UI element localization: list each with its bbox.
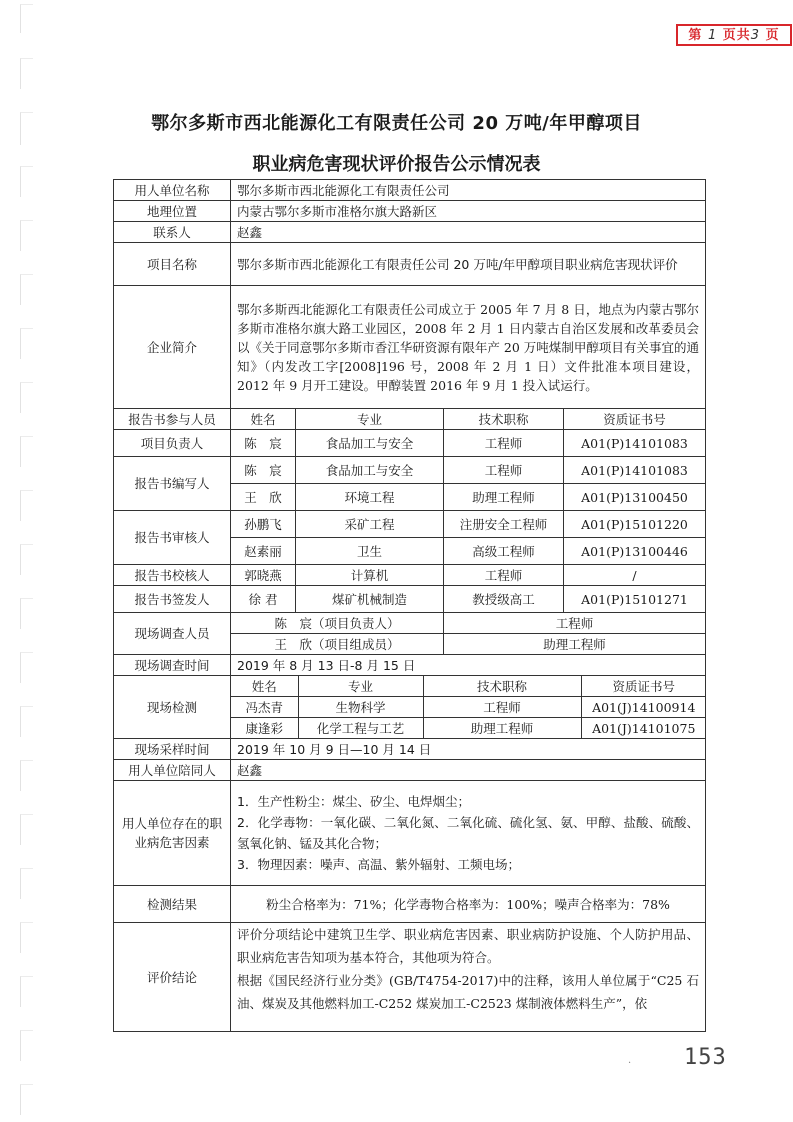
person-name: 王 欣 xyxy=(231,484,296,511)
person-name: 陈 宸 xyxy=(231,430,296,457)
table-row: 报告书签发人 徐 君 煤矿机械制造 教授级高工 A01(P)15101271 xyxy=(114,586,706,613)
person-cert: A01(P)15101220 xyxy=(564,511,706,538)
person-cert: A01(P)14101083 xyxy=(564,430,706,457)
staff-header-title: 技术职称 xyxy=(444,409,564,430)
stamp-total: 3 xyxy=(751,28,760,43)
person-major: 食品加工与安全 xyxy=(296,457,444,484)
person-title: 注册安全工程师 xyxy=(444,511,564,538)
person-major: 计算机 xyxy=(296,565,444,586)
contact-label: 联系人 xyxy=(114,222,231,243)
detection-table: 姓名 专业 技术职称 资质证书号 冯杰青 生物科学 工程师 A01(J)1410… xyxy=(231,676,706,738)
person-title: 工程师 xyxy=(444,430,564,457)
binder-mark xyxy=(20,976,33,1007)
stamp-prefix: 第 xyxy=(688,28,702,43)
table-row: 报告书校核人 郭晓燕 计算机 工程师 / xyxy=(114,565,706,586)
page-number: 153 xyxy=(684,1045,727,1070)
person-major: 生物科学 xyxy=(298,697,423,718)
table-row: 报告书审核人 孙鹏飞 采矿工程 注册安全工程师 A01(P)15101220 xyxy=(114,511,706,538)
binder-mark xyxy=(20,868,33,899)
location-value: 内蒙古鄂尔多斯市准格尔旗大路新区 xyxy=(231,201,706,222)
person-name: 郭晓燕 xyxy=(231,565,296,586)
person-cert: A01(J)14101075 xyxy=(581,718,706,739)
person-title: 助理工程师 xyxy=(444,484,564,511)
person-cert: A01(P)13100446 xyxy=(564,538,706,565)
person-name: 陈 宸 xyxy=(231,457,296,484)
binder-mark xyxy=(20,652,33,683)
hazards-row: 用人单位存在的职业病危害因素 1．生产性粉尘：煤尘、矽尘、电焊烟尘； 2．化学毒… xyxy=(114,781,706,886)
survey-person-title: 助理工程师 xyxy=(444,634,706,655)
person-name: 冯杰青 xyxy=(231,697,298,718)
role-label: 报告书签发人 xyxy=(114,586,231,613)
role-label: 项目负责人 xyxy=(114,430,231,457)
binder-mark xyxy=(20,814,33,845)
conclusion-paragraph: 根据《国民经济行业分类》(GB/T4754-2017)中的注释，该用人单位属于“… xyxy=(237,969,699,1015)
person-cert: A01(P)15101271 xyxy=(564,586,706,613)
table-row: 项目负责人 陈 宸 食品加工与安全 工程师 A01(P)14101083 xyxy=(114,430,706,457)
person-cert: A01(P)13100450 xyxy=(564,484,706,511)
sampling-row: 现场采样时间 2019 年 10 月 9 日—10 月 14 日 xyxy=(114,739,706,760)
person-title: 工程师 xyxy=(444,457,564,484)
employer-label: 用人单位名称 xyxy=(114,180,231,201)
location-row: 地理位置 内蒙古鄂尔多斯市准格尔旗大路新区 xyxy=(114,201,706,222)
binder-mark xyxy=(20,544,33,575)
binder-mark xyxy=(20,706,33,737)
survey-time-row: 现场调查时间 2019 年 8 月 13 日-8 月 15 日 xyxy=(114,655,706,676)
survey-row: 现场调查人员 陈 宸（项目负责人） 工程师 xyxy=(114,613,706,634)
hazard-item: 2．化学毒物：一氧化碳、二氧化氮、二氧化硫、硫化氢、氨、甲醇、盐酸、硫酸、氢氧化… xyxy=(237,812,699,854)
sampling-label: 现场采样时间 xyxy=(114,739,231,760)
survey-person-name: 王 欣（项目组成员） xyxy=(231,634,444,655)
stamp-middle: 页共 xyxy=(723,28,751,43)
person-name: 赵素丽 xyxy=(231,538,296,565)
contact-row: 联系人 赵鑫 xyxy=(114,222,706,243)
detection-subtable-cell: 姓名 专业 技术职称 资质证书号 冯杰青 生物科学 工程师 A01(J)1410… xyxy=(231,676,706,739)
detection-header-row: 姓名 专业 技术职称 资质证书号 xyxy=(231,676,706,697)
profile-value: 鄂尔多斯西北能源化工有限责任公司成立于 2005 年 7 月 8 日，地点为内蒙… xyxy=(231,286,706,409)
staff-header-major: 专业 xyxy=(296,409,444,430)
binder-mark xyxy=(20,490,33,521)
detection-header-name: 姓名 xyxy=(231,676,298,697)
detection-header-cert: 资质证书号 xyxy=(581,676,706,697)
person-name: 康逢彩 xyxy=(231,718,298,739)
detection-section: 现场检测 姓名 专业 技术职称 资质证书号 冯杰青 生物科学 工程师 A01(J… xyxy=(114,676,706,739)
person-cert: A01(P)14101083 xyxy=(564,457,706,484)
table-row: 康逢彩 化学工程与工艺 助理工程师 A01(J)14101075 xyxy=(231,718,706,739)
results-label: 检测结果 xyxy=(114,886,231,923)
binder-mark xyxy=(20,760,33,791)
document-subtitle: 职业病危害现状评价报告公示情况表 xyxy=(0,150,793,176)
table-row: 报告书编写人 陈 宸 食品加工与安全 工程师 A01(P)14101083 xyxy=(114,457,706,484)
conclusion-label: 评价结论 xyxy=(114,923,231,1032)
binder-mark xyxy=(20,1030,33,1061)
staff-header-cert: 资质证书号 xyxy=(564,409,706,430)
sampling-value: 2019 年 10 月 9 日—10 月 14 日 xyxy=(231,739,706,760)
staff-header-name: 姓名 xyxy=(231,409,296,430)
contact-value: 赵鑫 xyxy=(231,222,706,243)
person-name: 孙鹏飞 xyxy=(231,511,296,538)
location-label: 地理位置 xyxy=(114,201,231,222)
table-row: 冯杰青 生物科学 工程师 A01(J)14100914 xyxy=(231,697,706,718)
escort-row: 用人单位陪同人 赵鑫 xyxy=(114,760,706,781)
hazards-label: 用人单位存在的职业病危害因素 xyxy=(114,781,231,886)
person-title: 助理工程师 xyxy=(423,718,581,739)
binder-mark xyxy=(20,1084,33,1115)
hazard-item: 3．物理因素：噪声、高温、紫外辐射、工频电场； xyxy=(237,854,699,875)
page-count-stamp: 第 1 页共3 页 xyxy=(676,24,792,46)
detection-header-title: 技术职称 xyxy=(423,676,581,697)
binder-mark xyxy=(20,4,33,33)
binder-mark xyxy=(20,220,33,251)
person-title: 工程师 xyxy=(444,565,564,586)
person-title: 教授级高工 xyxy=(444,586,564,613)
person-cert: A01(J)14100914 xyxy=(581,697,706,718)
binder-mark xyxy=(20,274,33,305)
detection-header-major: 专业 xyxy=(298,676,423,697)
person-cert: / xyxy=(564,565,706,586)
profile-label: 企业简介 xyxy=(114,286,231,409)
results-value: 粉尘合格率为：71%；化学毒物合格率为：100%；噪声合格率为：78% xyxy=(231,886,706,923)
hazards-list: 1．生产性粉尘：煤尘、矽尘、电焊烟尘； 2．化学毒物：一氧化碳、二氧化氮、二氧化… xyxy=(231,781,706,886)
survey-label: 现场调查人员 xyxy=(114,613,231,655)
person-major: 煤矿机械制造 xyxy=(296,586,444,613)
survey-time-label: 现场调查时间 xyxy=(114,655,231,676)
scan-speck: · xyxy=(628,1058,631,1069)
binder-mark xyxy=(20,328,33,359)
escort-value: 赵鑫 xyxy=(231,760,706,781)
survey-person-name: 陈 宸（项目负责人） xyxy=(231,613,444,634)
person-major: 化学工程与工艺 xyxy=(298,718,423,739)
binder-mark xyxy=(20,58,33,89)
project-row: 项目名称 鄂尔多斯市西北能源化工有限责任公司 20 万吨/年甲醇项目职业病危害现… xyxy=(114,243,706,286)
escort-label: 用人单位陪同人 xyxy=(114,760,231,781)
staff-header-role: 报告书参与人员 xyxy=(114,409,231,430)
disclosure-table: 用人单位名称 鄂尔多斯市西北能源化工有限责任公司 地理位置 内蒙古鄂尔多斯市准格… xyxy=(113,179,706,1032)
binder-mark xyxy=(20,382,33,413)
detection-label: 现场检测 xyxy=(114,676,231,739)
person-title: 高级工程师 xyxy=(444,538,564,565)
person-major: 食品加工与安全 xyxy=(296,430,444,457)
role-label: 报告书审核人 xyxy=(114,511,231,565)
conclusion-paragraph: 评价分项结论中建筑卫生学、职业病危害因素、职业病防护设施、个人防护用品、职业病危… xyxy=(237,923,699,969)
document-title: 鄂尔多斯市西北能源化工有限责任公司 20 万吨/年甲醇项目 xyxy=(0,109,793,135)
conclusion-row: 评价结论 评价分项结论中建筑卫生学、职业病危害因素、职业病防护设施、个人防护用品… xyxy=(114,923,706,1032)
employer-value: 鄂尔多斯市西北能源化工有限责任公司 xyxy=(231,180,706,201)
person-name: 徐 君 xyxy=(231,586,296,613)
hazard-item: 1．生产性粉尘：煤尘、矽尘、电焊烟尘； xyxy=(237,791,699,812)
project-value: 鄂尔多斯市西北能源化工有限责任公司 20 万吨/年甲醇项目职业病危害现状评价 xyxy=(231,243,706,286)
survey-person-title: 工程师 xyxy=(444,613,706,634)
binder-mark xyxy=(20,598,33,629)
binder-mark xyxy=(20,436,33,467)
person-major: 环境工程 xyxy=(296,484,444,511)
stamp-suffix: 页 xyxy=(766,28,780,43)
profile-row: 企业简介 鄂尔多斯西北能源化工有限责任公司成立于 2005 年 7 月 8 日，… xyxy=(114,286,706,409)
conclusion-text: 评价分项结论中建筑卫生学、职业病危害因素、职业病防护设施、个人防护用品、职业病危… xyxy=(231,923,706,1032)
stamp-page: 1 xyxy=(708,28,717,43)
role-label: 报告书编写人 xyxy=(114,457,231,511)
survey-time-value: 2019 年 8 月 13 日-8 月 15 日 xyxy=(231,655,706,676)
project-label: 项目名称 xyxy=(114,243,231,286)
role-label: 报告书校核人 xyxy=(114,565,231,586)
staff-header-row: 报告书参与人员 姓名 专业 技术职称 资质证书号 xyxy=(114,409,706,430)
person-title: 工程师 xyxy=(423,697,581,718)
person-major: 采矿工程 xyxy=(296,511,444,538)
person-major: 卫生 xyxy=(296,538,444,565)
binder-mark xyxy=(20,922,33,953)
results-row: 检测结果 粉尘合格率为：71%；化学毒物合格率为：100%；噪声合格率为：78% xyxy=(114,886,706,923)
employer-row: 用人单位名称 鄂尔多斯市西北能源化工有限责任公司 xyxy=(114,180,706,201)
